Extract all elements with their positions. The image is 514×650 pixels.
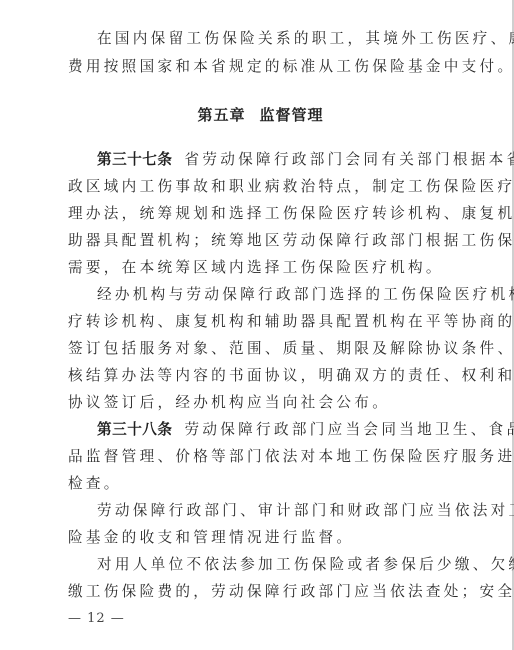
article-38-label: 第三十八条	[97, 421, 172, 438]
paragraph-line: 对用人单位不依法参加工伤保险或者参保后少缴、欠缴、拒	[68, 556, 453, 574]
paragraph-line: 疗转诊机构、康复机构和辅助器具配置机构在平等协商的基础上	[68, 313, 453, 331]
article-37-label: 第三十七条	[97, 151, 172, 168]
paragraph-line: 劳动保障行政部门、审计部门和财政部门应当依法对工伤保	[68, 502, 453, 520]
paragraph-line: 协议签订后，经办机构应当向社会公布。	[68, 394, 453, 412]
article-38-first-line: 第三十八条劳动保障行政部门应当会同当地卫生、食品药	[68, 421, 453, 439]
paragraph-line: 核结算办法等内容的书面协议，明确双方的责任、权利和义务。	[68, 367, 453, 385]
article-37-first-line: 第三十七条省劳动保障行政部门会同有关部门根据本省行	[68, 151, 453, 169]
paragraph-line: 政区域内工伤事故和职业病救治特点，制定工伤保险医疗服务管	[68, 178, 453, 196]
paragraph-line: 费用按照国家和本省规定的标准从工伤保险基金中支付。	[68, 58, 453, 76]
paragraph-line: 理办法，统筹规划和选择工伤保险医疗转诊机构、康复机构和辅	[68, 205, 453, 223]
paragraph-line: 在国内保留工伤保险关系的职工，其境外工伤医疗、康复等	[68, 30, 453, 48]
chapter-title: 第五章监督管理	[68, 104, 453, 125]
paragraph-line: 需要，在本统筹区域内选择工伤保险医疗机构。	[68, 259, 453, 277]
paragraph-line: 检查。	[68, 475, 453, 493]
paragraph-line: 品监督管理、价格等部门依法对本地工伤保险医疗服务进行监督	[68, 448, 453, 466]
chapter-name: 监督管理	[260, 106, 324, 124]
chapter-number: 第五章	[197, 106, 245, 124]
paragraph-line: 助器具配置机构；统筹地区劳动保障行政部门根据工伤保险工作	[68, 232, 453, 250]
paragraph-line: 缴工伤保险费的，劳动保障行政部门应当依法查处；安全生产许	[68, 583, 453, 601]
paragraph-line: 经办机构与劳动保障行政部门选择的工伤保险医疗机构、医	[68, 286, 453, 304]
paragraph-line: 签订包括服务对象、范围、质量、期限及解除协议条件、费用审	[68, 340, 453, 358]
page-number: — 12 —	[68, 611, 125, 626]
paragraph-line: 险基金的收支和管理情况进行监督。	[68, 529, 453, 547]
